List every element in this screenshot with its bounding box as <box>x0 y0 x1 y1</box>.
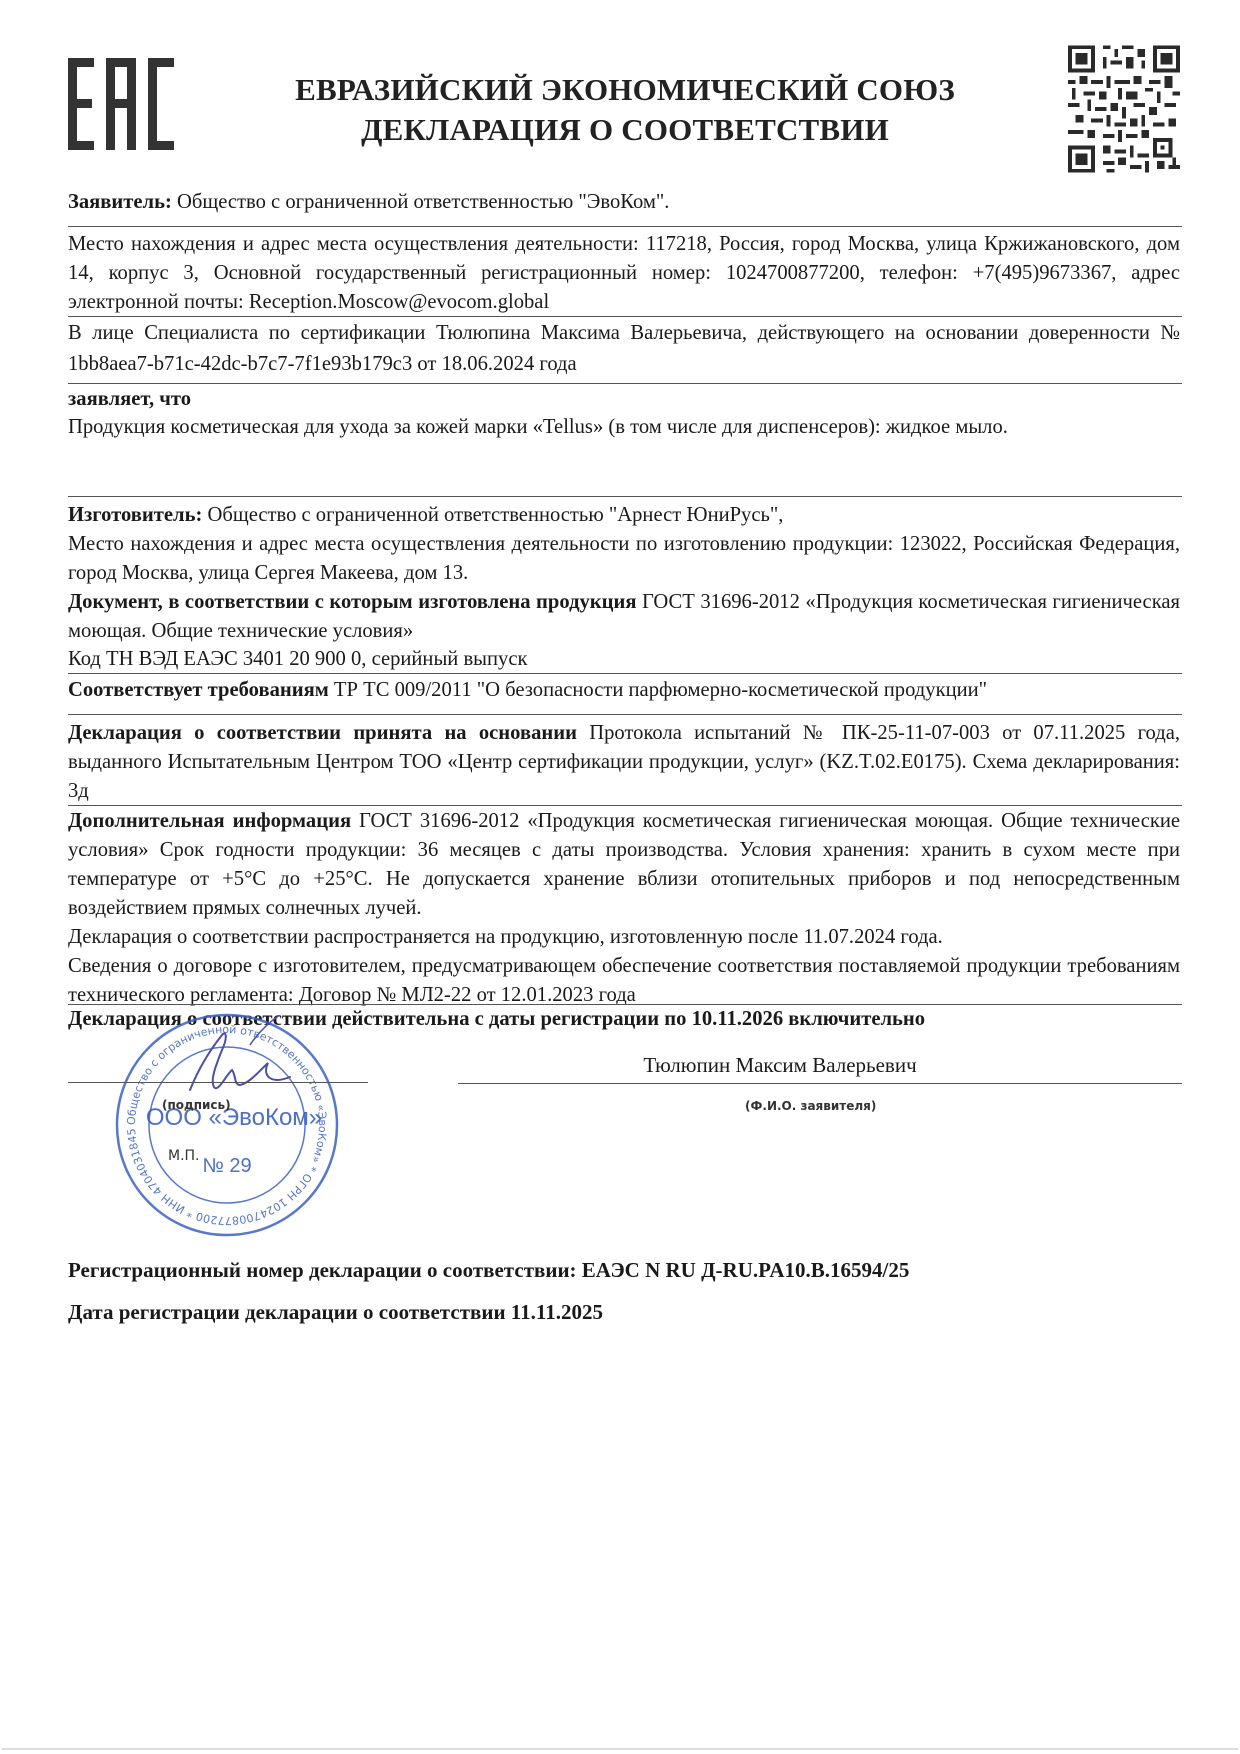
applicant-label: Заявитель: <box>68 191 172 213</box>
applicant-address: Место нахождения и адрес места осуществл… <box>68 230 1180 317</box>
product-description: Продукция косметическая для ухода за кож… <box>68 413 1180 441</box>
basis-label: Декларация о соответствии принята на осн… <box>68 722 577 744</box>
applicant-name: Тюлюпин Максим Валерьевич <box>560 1051 1000 1080</box>
divider <box>68 316 1182 317</box>
eac-logo-icon <box>66 58 176 150</box>
manufacturing-document: Документ, в соответствии с которым изгот… <box>68 588 1180 646</box>
additional-info: Дополнительная информация ГОСТ 31696-201… <box>68 807 1180 923</box>
contract-info: Сведения о договоре с изготовителем, пре… <box>68 952 1180 1010</box>
title-line-union: ЕВРАЗИЙСКИЙ ЭКОНОМИЧЕСКИЙ СОЮЗ <box>240 70 1010 110</box>
registration-number: Регистрационный номер декларации о соотв… <box>68 1255 909 1285</box>
manufacturer-line: Изготовитель: Общество с ограниченной от… <box>68 501 1180 530</box>
name-line <box>458 1083 1182 1084</box>
title-line-declaration: ДЕКЛАРАЦИЯ О СООТВЕТСТВИИ <box>240 110 1010 150</box>
tn-ved-code: Код ТН ВЭД ЕАЭС 3401 20 900 0, серийный … <box>68 645 1180 674</box>
page-title: ЕВРАЗИЙСКИЙ ЭКОНОМИЧЕСКИЙ СОЮЗ ДЕКЛАРАЦИ… <box>240 70 1010 150</box>
divider <box>68 383 1182 384</box>
divider <box>68 805 1182 806</box>
applies-to: Декларация о соответствии распространяет… <box>68 923 1180 952</box>
divider <box>68 226 1182 227</box>
divider <box>68 496 1182 497</box>
divider <box>68 714 1182 715</box>
additional-label: Дополнительная информация <box>68 810 351 832</box>
signature-caption: (подпись) <box>162 1098 231 1112</box>
stamp-number: № 29 <box>202 1155 251 1177</box>
declares-label: заявляет, что <box>68 385 1180 413</box>
document-label: Документ, в соответствии с которым изгот… <box>68 591 637 613</box>
seal-place-label: М.П. <box>168 1148 200 1164</box>
page-bottom-edge <box>2 1748 1238 1750</box>
name-caption: (Ф.И.О. заявителя) <box>745 1099 876 1113</box>
applicant-value: Общество с ограниченной ответственностью… <box>172 191 670 213</box>
manufacturer-value: Общество с ограниченной ответственностью… <box>202 504 783 526</box>
applicant-line: Заявитель: Общество с ограниченной ответ… <box>68 188 1180 217</box>
manufacturer-address: Место нахождения и адрес места осуществл… <box>68 530 1180 588</box>
applicant-representative: В лице Специалиста по сертификации Тюлюп… <box>68 318 1180 380</box>
signature-line <box>68 1082 368 1083</box>
declaration-page: ЕВРАЗИЙСКИЙ ЭКОНОМИЧЕСКИЙ СОЮЗ ДЕКЛАРАЦИ… <box>0 0 1240 1754</box>
compliance-label: Соответствует требованиям <box>68 679 329 701</box>
divider <box>68 673 1182 674</box>
compliance-value: ТР ТС 009/2011 "О безопасности парфюмерн… <box>329 679 987 701</box>
qr-code-icon[interactable] <box>1068 45 1180 173</box>
compliance-line: Соответствует требованиям ТР ТС 009/2011… <box>68 676 1180 705</box>
registration-date: Дата регистрации декларации о соответств… <box>68 1297 603 1327</box>
declaration-basis: Декларация о соответствии принята на осн… <box>68 719 1180 806</box>
manufacturer-label: Изготовитель: <box>68 504 202 526</box>
